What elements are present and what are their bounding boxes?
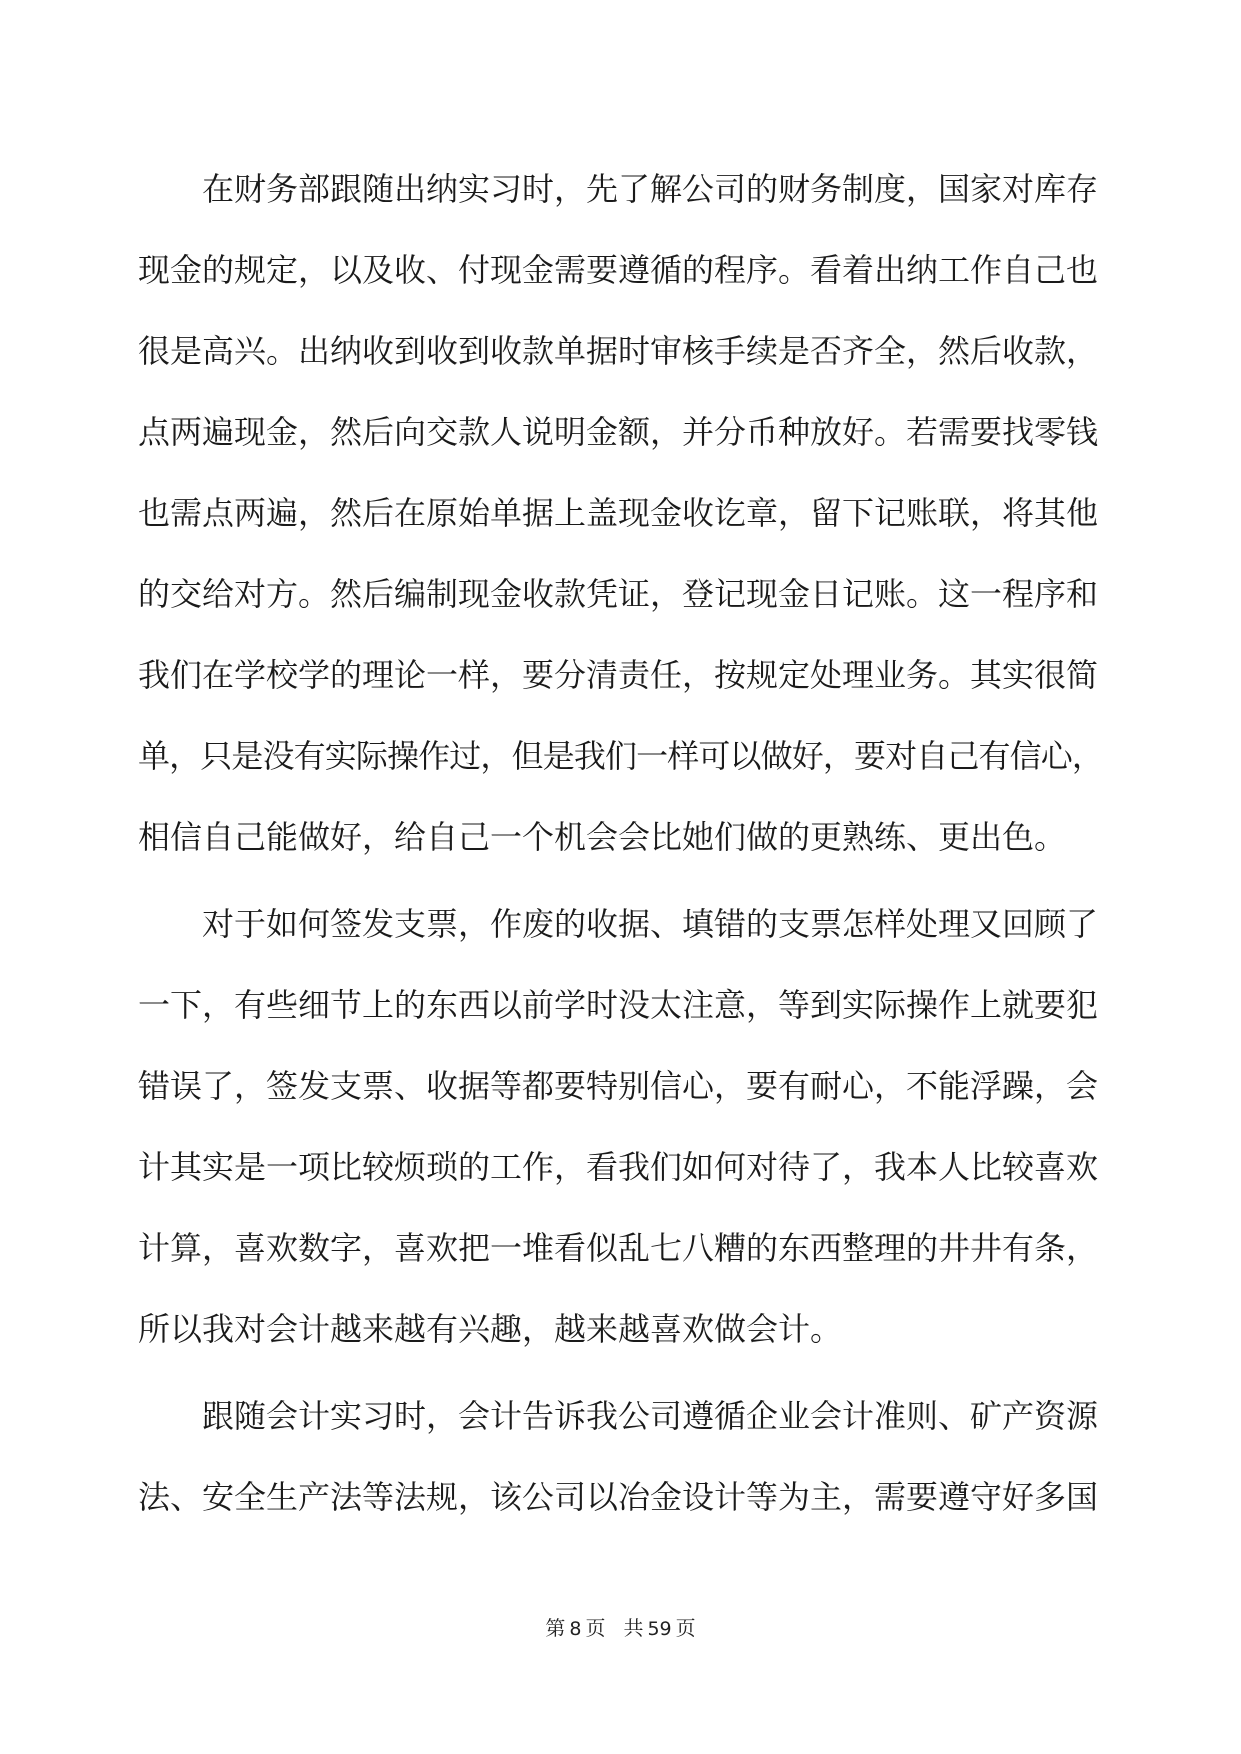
body-line: 计其实是一项比较烦琐的工作，看我们如何对待了，我本人比较喜欢: [138, 1127, 1103, 1208]
body-line: 所以我对会计越来越有兴趣，越来越喜欢做会计。: [138, 1289, 1103, 1370]
body-line: 在财务部跟随出纳实习时，先了解公司的财务制度，国家对库存: [138, 149, 1103, 230]
body-line: 点两遍现金，然后向交款人说明金额，并分币种放好。若需要找零钱: [138, 392, 1103, 473]
body-line: 也需点两遍，然后在原始单据上盖现金收讫章，留下记账联，将其他: [138, 473, 1103, 554]
body-line: 法、安全生产法等法规，该公司以冶金设计等为主，需要遵守好多国: [138, 1457, 1103, 1538]
footer-page-suffix: 页: [585, 1618, 605, 1640]
body-line: 错误了，签发支票、收据等都要特别信心，要有耐心，不能浮躁，会: [138, 1046, 1103, 1127]
body-line: 单，只是没有实际操作过，但是我们一样可以做好，要对自己有信心，: [138, 716, 1103, 797]
body-line: 计算，喜欢数字，喜欢把一堆看似乱七八糟的东西整理的井井有条，: [138, 1208, 1103, 1289]
footer-page-number: 8: [569, 1618, 581, 1640]
footer-total-prefix: 共: [623, 1618, 643, 1640]
body-line: 一下，有些细节上的东西以前学时没太注意，等到实际操作上就要犯: [138, 965, 1103, 1046]
paragraph-cashier-internship: 在财务部跟随出纳实习时，先了解公司的财务制度，国家对库存 现金的规定，以及收、付…: [138, 149, 1103, 878]
body-line: 很是高兴。出纳收到收到收款单据时审核手续是否齐全，然后收款，: [138, 311, 1103, 392]
footer-total-suffix: 页: [676, 1618, 696, 1640]
footer-total-number: 59: [647, 1618, 671, 1640]
paragraph-cheque-signing: 对于如何签发支票，作废的收据、填错的支票怎样处理又回顾了 一下，有些细节上的东西…: [138, 884, 1103, 1370]
paragraph-accountant-internship: 跟随会计实习时，会计告诉我公司遵循企业会计准则、矿产资源 法、安全生产法等法规，…: [138, 1376, 1103, 1538]
body-line: 我们在学校学的理论一样，要分清责任，按规定处理业务。其实很简: [138, 635, 1103, 716]
body-line: 现金的规定，以及收、付现金需要遵循的程序。看着出纳工作自己也: [138, 230, 1103, 311]
document-page: 在财务部跟随出纳实习时，先了解公司的财务制度，国家对库存 现金的规定，以及收、付…: [0, 0, 1241, 1754]
page-footer: 第8页共59页: [0, 1612, 1241, 1641]
body-line: 对于如何签发支票，作废的收据、填错的支票怎样处理又回顾了: [138, 884, 1103, 965]
footer-page-prefix: 第: [545, 1618, 565, 1640]
body-line: 相信自己能做好，给自己一个机会会比她们做的更熟练、更出色。: [138, 797, 1103, 878]
document-body: 在财务部跟随出纳实习时，先了解公司的财务制度，国家对库存 现金的规定，以及收、付…: [138, 149, 1103, 1538]
body-line: 跟随会计实习时，会计告诉我公司遵循企业会计准则、矿产资源: [138, 1376, 1103, 1457]
body-line: 的交给对方。然后编制现金收款凭证，登记现金日记账。这一程序和: [138, 554, 1103, 635]
